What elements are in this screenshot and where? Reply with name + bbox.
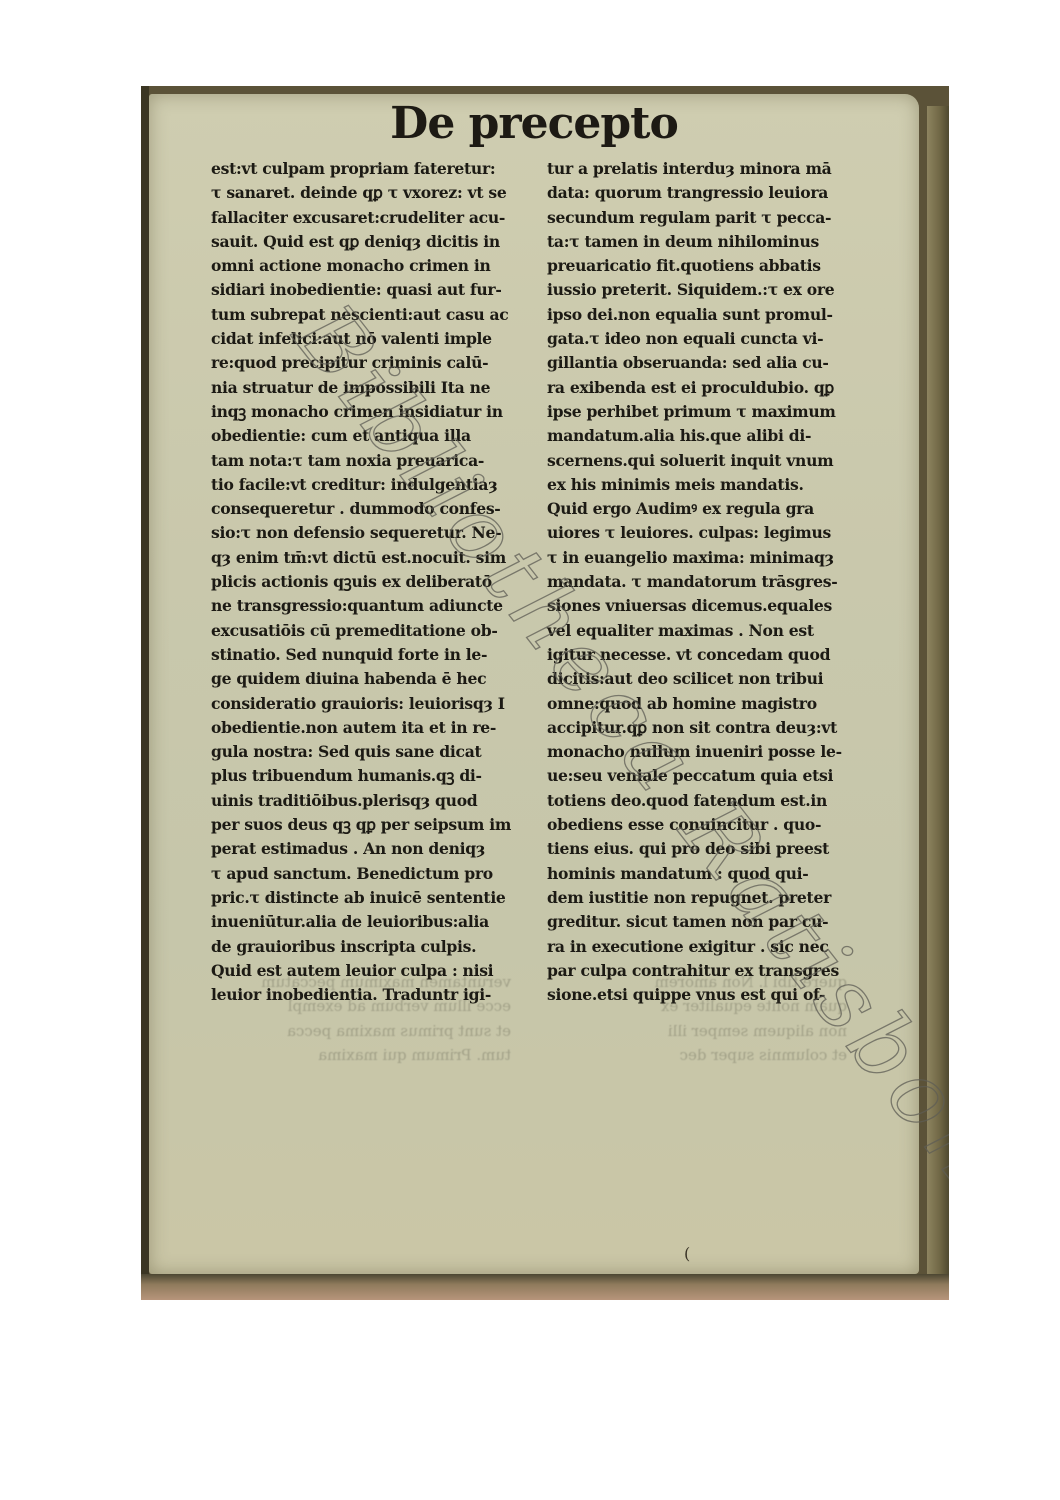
text-line: ipse perhibet primum τ maximum — [547, 400, 882, 424]
text-line: monacho nullum inueniri posse le- — [547, 740, 882, 764]
text-line: ue:seu veniale peccatum quia etsi — [547, 764, 882, 788]
text-line: perat estimadus . An non deniqȝ — [211, 837, 546, 861]
text-line: secundum regulam parit τ pecca- — [547, 206, 882, 230]
page-bottom-edge — [141, 1274, 949, 1300]
text-line: fallaciter excusaret:crudeliter acu- — [211, 206, 546, 230]
text-line: cidat infelici:aut nō valenti imple — [211, 327, 546, 351]
text-line: ta:τ tamen in deum nihilominus — [547, 230, 882, 254]
scanned-page: De precepto est:vt culpam propriam fater… — [141, 86, 949, 1300]
running-head: De precepto — [149, 98, 919, 149]
bleed-through-right: quere tibi l. Non amoremquam nolite equa… — [547, 970, 847, 1067]
text-line: mandatum.alia his.que alibi di- — [547, 424, 882, 448]
text-line: ge quidem diuina habenda ē hec — [211, 667, 546, 691]
text-line: non aliquem semper illi — [547, 1019, 847, 1043]
text-line: iussio preterit. Siquidem.:τ ex ore — [547, 278, 882, 302]
text-line: τ sanaret. deinde qꝑ τ vxorez: vt se — [211, 181, 546, 205]
text-line: re:quod precipitur criminis calū- — [211, 351, 546, 375]
text-line: qȝ enim tm̄:vt dictū est.nocuit. sim — [211, 546, 546, 570]
text-line: uiores τ leuiores. culpas: legimus — [547, 521, 882, 545]
text-line: siones vniuersas dicemus.equales — [547, 594, 882, 618]
text-line: uinis traditiōibus.plerisqȝ quod — [211, 789, 546, 813]
text-line: gata.τ ideo non equali cuncta vi- — [547, 327, 882, 351]
text-line: quere tibi l. Non amorem — [547, 970, 847, 994]
text-line: pric.τ distincte ab inuicē sententie — [211, 886, 546, 910]
text-line: data: quorum trangressio leuiora — [547, 181, 882, 205]
binding-edge — [141, 86, 149, 1300]
text-line: dicitis:aut deo scilicet non tribui — [547, 667, 882, 691]
text-line: ex his minimis meis mandatis. — [547, 473, 882, 497]
text-line: τ apud sanctum. Benedictum pro — [211, 862, 546, 886]
text-line: totiens deo.quod fatendum est.in — [547, 789, 882, 813]
text-line: vel equaliter maximas . Non est — [547, 619, 882, 643]
text-line: consideratio grauioris: leuiorisqȝ I — [211, 692, 546, 716]
text-line: scernens.qui soluerit inquit vnum — [547, 449, 882, 473]
text-column-right: tur a prelatis interduȝ minora mādata: q… — [547, 157, 882, 1007]
text-line: tur a prelatis interduȝ minora mā — [547, 157, 882, 181]
text-line: inqꝫ monacho crimen insidiatur in — [211, 400, 546, 424]
page-fore-edge — [927, 106, 949, 1296]
text-line: sauit. Quid est qꝑ deniqȝ dicitis in — [211, 230, 546, 254]
text-line: sidiari inobedientie: quasi aut fur- — [211, 278, 546, 302]
text-line: greditur. sicut tamen non par cu- — [547, 910, 882, 934]
text-line: dem iustitie non repugnet. preter — [547, 886, 882, 910]
text-line: omne:quod ab homine magistro — [547, 692, 882, 716]
bleed-through-left: veruntamen maximum peccatumecce illum ve… — [211, 970, 511, 1067]
text-line: tiens eius. qui pro deo sibi preest — [547, 837, 882, 861]
text-line: obedientie: cum et antiqua illa — [211, 424, 546, 448]
text-line: sio:τ non defensio sequeretur. Ne- — [211, 521, 546, 545]
text-line: ipso dei.non equalia sunt promul- — [547, 303, 882, 327]
text-line: gula nostra: Sed quis sane dicat — [211, 740, 546, 764]
text-line: plicis actionis qꝫuis ex deliberatō — [211, 570, 546, 594]
text-line: et columnis super dec — [547, 1043, 847, 1067]
text-line: nia struatur de impossibili Ita ne — [211, 376, 546, 400]
text-line: preuaricatio fit.quotiens abbatis — [547, 254, 882, 278]
text-line: ra in executione exigitur . sic nec — [547, 935, 882, 959]
text-line: inueniūtur.alia de leuioribus:alia — [211, 910, 546, 934]
text-line: quam nolite equaliter ex — [547, 994, 847, 1018]
text-line: tam nota:τ tam noxia preuarica- — [211, 449, 546, 473]
signature-mark: ( — [684, 1244, 690, 1263]
text-line: igitur necesse. vt concedam quod — [547, 643, 882, 667]
text-line: consequeretur . dummodo confes- — [211, 497, 546, 521]
text-line: accipitur.qꝑ non sit contra deuȝ:vt — [547, 716, 882, 740]
text-line: tum. Primum qui maxima — [211, 1043, 511, 1067]
text-line: veruntamen maximum peccatum — [211, 970, 511, 994]
text-line: et sunt primus maxima pecca — [211, 1019, 511, 1043]
text-line: tum subrepat nescienti:aut casu ac — [211, 303, 546, 327]
text-line: τ in euangelio maxima: minimaqȝ — [547, 546, 882, 570]
text-line: Quid ergo Audimꝰ ex regula gra — [547, 497, 882, 521]
text-line: de grauioribus inscripta culpis. — [211, 935, 546, 959]
text-line: hominis mandatum : quod qui- — [547, 862, 882, 886]
text-line: ra exibenda est ei proculdubio. qꝑ — [547, 376, 882, 400]
text-line: mandata. τ mandatorum trāsgres- — [547, 570, 882, 594]
text-line: omni actione monacho crimen in — [211, 254, 546, 278]
text-line: ecce illum verbum ad exempl — [211, 994, 511, 1018]
text-line: stinatio. Sed nunquid forte in le- — [211, 643, 546, 667]
text-line: excusatiōis cū premeditatione ob- — [211, 619, 546, 643]
text-line: plus tribuendum humanis.qꝫ di- — [211, 764, 546, 788]
text-line: est:vt culpam propriam fateretur: — [211, 157, 546, 181]
text-line: per suos deus qꝫ qꝑ per seipsum im — [211, 813, 546, 837]
paper-leaf: De precepto est:vt culpam propriam fater… — [149, 94, 919, 1274]
text-line: ne transgressio:quantum adiuncte — [211, 594, 546, 618]
text-line: obedientie.non autem ita et in re- — [211, 716, 546, 740]
text-line: tio facile:vt creditur: indulgentiaȝ — [211, 473, 546, 497]
text-line: obediens esse conuincitur . quo- — [547, 813, 882, 837]
text-column-left: est:vt culpam propriam fateretur:τ sanar… — [211, 157, 546, 1007]
text-line: gillantia obseruanda: sed alia cu- — [547, 351, 882, 375]
